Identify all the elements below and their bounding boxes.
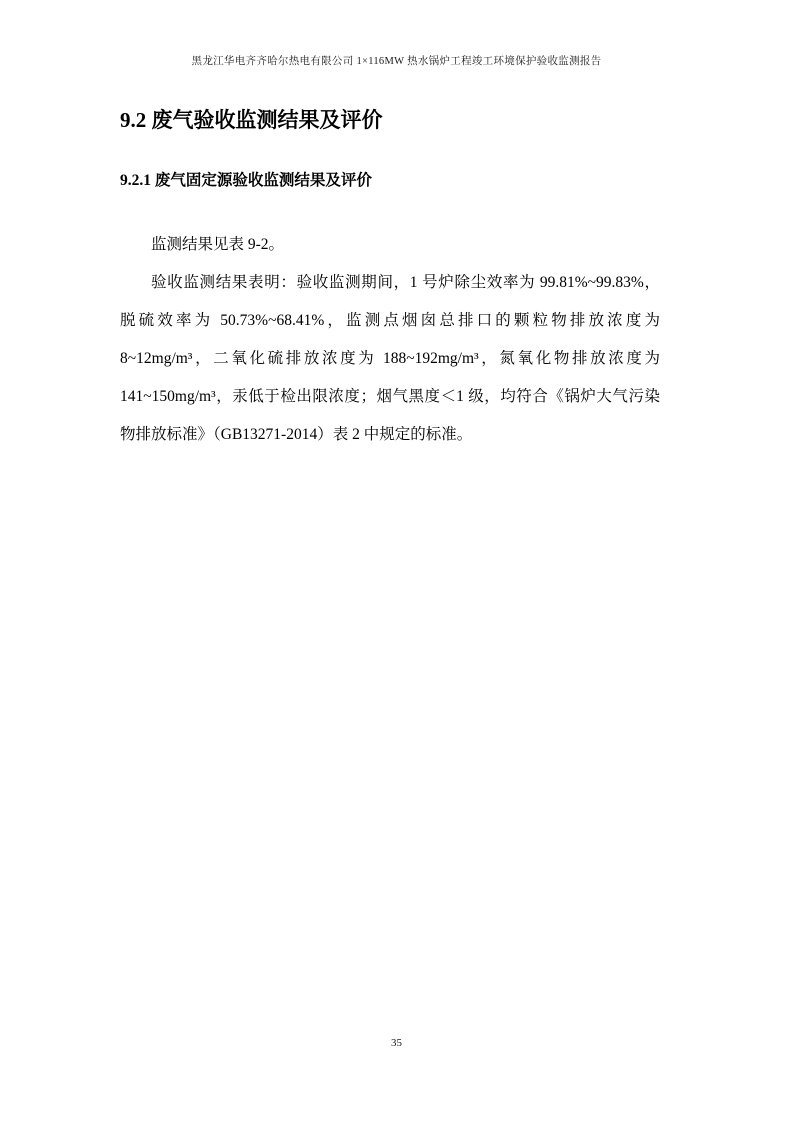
document-page: 黑龙江华电齐齐哈尔热电有限公司 1×116MW 热水锅炉工程竣工环境保护验收监测…: [0, 0, 793, 1122]
paragraph-2-line-4: 141~150mg/m³，汞低于检出限浓度；烟气黑度＜1 级，均符合《锅炉大气污…: [120, 378, 660, 416]
body-text-block: 监测结果见表 9-2。 验收监测结果表明：验收监测期间，1 号炉除尘效率为 99…: [120, 226, 660, 454]
page-number: 35: [0, 1037, 793, 1049]
subsection-heading: 9.2.1 废气固定源验收监测结果及评价: [120, 170, 660, 192]
paragraph-2-line-2: 脱硫效率为 50.73%~68.41%，监测点烟囱总排口的颗粒物排放浓度为: [120, 302, 660, 340]
paragraph-1: 监测结果见表 9-2。: [120, 226, 660, 264]
paragraph-2-line-5: 物排放标准》（GB13271-2014）表 2 中规定的标准。: [120, 416, 660, 454]
paragraph-2-line-3: 8~12mg/m³，二氧化硫排放浓度为 188~192mg/m³，氮氧化物排放浓…: [120, 340, 660, 378]
section-heading: 9.2 废气验收监测结果及评价: [120, 106, 660, 134]
paragraph-2: 验收监测结果表明：验收监测期间，1 号炉除尘效率为 99.81%~99.83%，…: [120, 264, 660, 454]
page-content: 9.2 废气验收监测结果及评价 9.2.1 废气固定源验收监测结果及评价 监测结…: [120, 106, 660, 454]
page-header-title: 黑龙江华电齐齐哈尔热电有限公司 1×116MW 热水锅炉工程竣工环境保护验收监测…: [0, 53, 793, 68]
paragraph-2-line-1: 验收监测结果表明：验收监测期间，1 号炉除尘效率为 99.81%~99.83%，: [120, 264, 660, 302]
